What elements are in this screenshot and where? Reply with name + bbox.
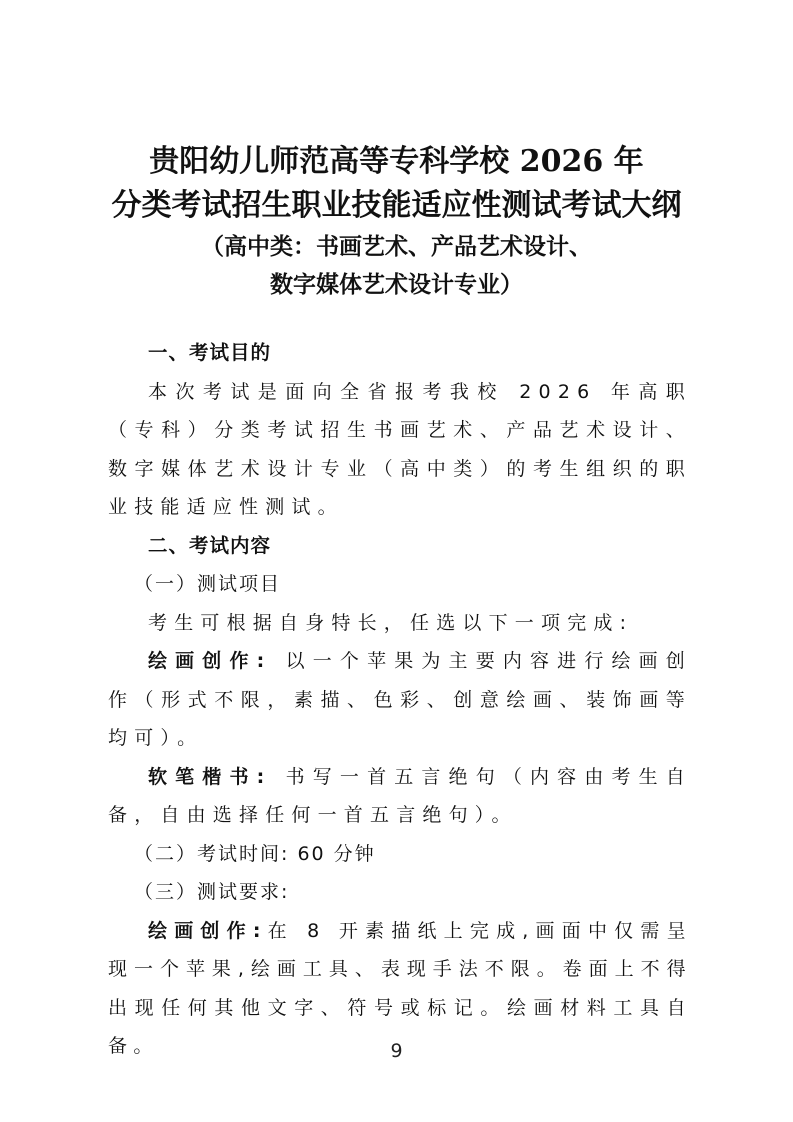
subsection-heading-exam-time: （二）考试时间: 60 分钟 (108, 835, 692, 874)
document-body: 一、考试目的 本次考试是面向全省报考我校 2026 年高职（专科）分类考试招生书… (108, 334, 692, 1066)
subtitle-line-2: 数字媒体艺术设计专业） (0, 266, 793, 304)
document-title-block: 贵阳幼儿师范高等专科学校 2026 年 分类考试招生职业技能适应性测试考试大纲 … (0, 140, 793, 304)
subsection-heading-test-items: （一）测试项目 (108, 565, 692, 604)
document-page: 贵阳幼儿师范高等专科学校 2026 年 分类考试招生职业技能适应性测试考试大纲 … (0, 0, 793, 1122)
test-item-painting: 绘画创作: 以一个苹果为主要内容进行绘画创作（形式不限，素描、色彩、创意绘画、装… (108, 642, 692, 758)
subtitle-line-1: （高中类：书画艺术、产品艺术设计、 (0, 228, 793, 266)
title-line-2: 分类考试招生职业技能适应性测试考试大纲 (0, 184, 793, 228)
page-number: 9 (0, 1040, 793, 1062)
requirement-painting-label: 绘画创作: (148, 920, 267, 942)
calligraphy-label: 软笔楷书: (148, 766, 271, 788)
test-item-calligraphy: 软笔楷书: 书写一首五言绝句（内容由考生自备，自由选择任何一首五言绝句）。 (108, 758, 692, 835)
exam-purpose-paragraph: 本次考试是面向全省报考我校 2026 年高职（专科）分类考试招生书画艺术、产品艺… (108, 373, 692, 527)
test-items-intro: 考生可根据自身特长，任选以下一项完成: (108, 604, 692, 643)
subsection-heading-test-requirements: （三）测试要求: (108, 873, 692, 912)
title-line-1: 贵阳幼儿师范高等专科学校 2026 年 (0, 140, 793, 184)
painting-label: 绘画创作: (148, 650, 271, 672)
section-heading-exam-purpose: 一、考试目的 (108, 334, 692, 373)
section-heading-exam-content: 二、考试内容 (108, 527, 692, 566)
